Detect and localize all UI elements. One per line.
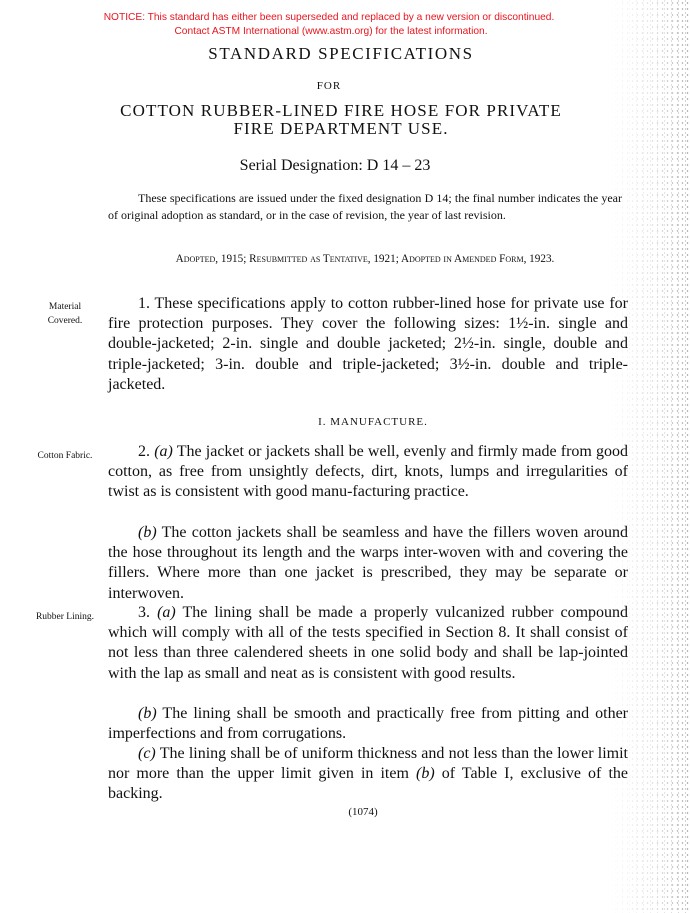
standard-heading: STANDARD SPECIFICATIONS [0,44,686,64]
margin-note-material-covered: Material Covered. [34,300,96,328]
section-3a-text: 3. (a) The lining shall be made a proper… [108,603,628,684]
item-text: The jacket or jackets shall be well, eve… [108,443,628,500]
item-marker: (c) [138,745,156,762]
notice-line-1: NOTICE: This standard has either been su… [0,11,674,25]
item-marker: (b) [138,524,157,541]
for-heading: FOR [0,80,674,92]
item-marker: (a) [157,604,176,621]
item-text: The lining shall be made a properly vulc… [108,604,628,682]
section-2a-text: 2. (a) The jacket or jackets shall be we… [108,442,628,503]
section-3b-text: (b) The lining shall be smooth and pract… [108,704,628,744]
margin-note-rubber-lining: Rubber Lining. [34,610,96,624]
section-2b-text: (b) The cotton jackets shall be seamless… [108,523,628,604]
notice-line-2: Contact ASTM International (www.astm.org… [0,25,676,39]
section-number: 3. [138,604,157,621]
serial-designation: Serial Designation: D 14 – 23 [0,157,680,175]
document-title-line-2: FIRE DEPARTMENT USE. [0,119,686,139]
item-reference: (b) [416,765,435,782]
item-text: The cotton jackets shall be seamless and… [108,524,628,602]
item-marker: (b) [138,705,157,722]
adoption-history: Adopted, 1915; Resubmitted as Tentative,… [108,251,622,267]
item-marker: (a) [154,443,173,460]
section-number: 2. [138,443,154,460]
section-1-text: 1. These specifications apply to cotton … [108,294,628,395]
section-heading-manufacture: I. MANUFACTURE. [28,416,690,428]
document-title-line-1: COTTON RUBBER-LINED FIRE HOSE FOR PRIVAT… [0,101,686,121]
margin-note-cotton-fabric: Cotton Fabric. [34,449,96,463]
section-3c-text: (c) The lining shall be of uniform thick… [108,744,628,805]
designation-note: These specifications are issued under th… [108,190,622,224]
page-number: (1074) [18,806,690,818]
item-text: The lining shall be smooth and practical… [108,705,628,742]
